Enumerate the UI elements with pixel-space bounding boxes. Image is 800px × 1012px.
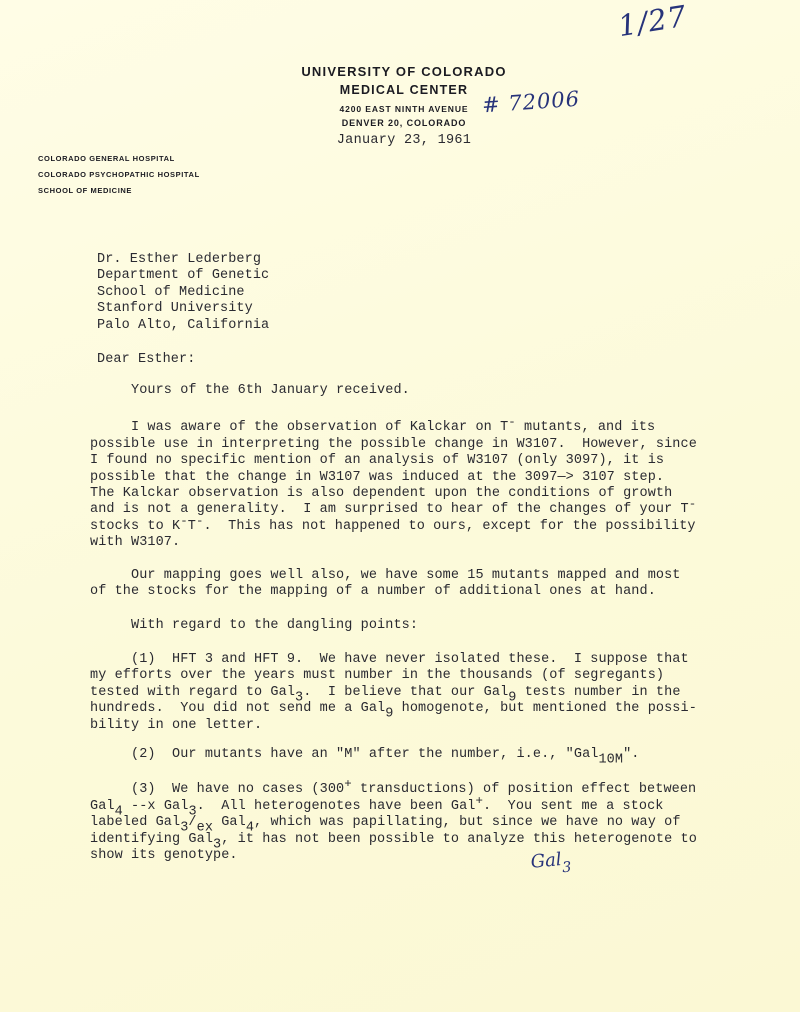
text-line: Our mapping goes well also, we have some… xyxy=(90,568,730,584)
text-line: With regard to the dangling points: xyxy=(90,618,730,634)
text-line: I was aware of the observation of Kalcka… xyxy=(90,420,730,436)
letterhead-university: UNIVERSITY OF COLORADO xyxy=(4,64,800,79)
text-line: labeled Gal3/ex Gal4, which was papillat… xyxy=(90,815,730,831)
letter-date: January 23, 1961 xyxy=(4,133,800,148)
text-line: I found no specific mention of an analys… xyxy=(90,453,730,469)
text-line: tested with regard to Gal3. I believe th… xyxy=(90,685,730,701)
letterhead-medical-center: MEDICAL CENTER xyxy=(4,83,800,97)
text-line: SCHOOL OF MEDICINE xyxy=(38,183,200,199)
letterhead-street-address: 4200 EAST NINTH AVENUE xyxy=(4,104,800,114)
text-line: possible that the change in W3107 was in… xyxy=(90,470,730,486)
text-line: of the stocks for the mapping of a numbe… xyxy=(90,584,730,600)
text-line: hundreds. You did not send me a Gal9 hom… xyxy=(90,701,730,717)
text-line: possible use in interpreting the possibl… xyxy=(90,437,730,453)
text-line: Yours of the 6th January received. xyxy=(90,383,730,399)
paragraph-point-1: (1) HFT 3 and HFT 9. We have never isola… xyxy=(90,652,730,734)
text-line: (3) We have no cases (300+ transductions… xyxy=(90,782,730,798)
handwritten-corner-date: 1/27 xyxy=(616,0,690,43)
paragraph-mapping: Our mapping goes well also, we have some… xyxy=(90,568,730,601)
text-line: COLORADO GENERAL HOSPITAL xyxy=(38,151,200,167)
text-line: (2) Our mutants have an "M" after the nu… xyxy=(90,747,730,763)
paragraph-intro: Yours of the 6th January received. xyxy=(90,383,730,399)
text-line: stocks to K-T-. This has not happened to… xyxy=(90,519,730,535)
text-line: Department of Genetic xyxy=(97,268,269,284)
letter-page: 1/27 UNIVERSITY OF COLORADO MEDICAL CENT… xyxy=(0,0,800,1012)
text-line: (1) HFT 3 and HFT 9. We have never isola… xyxy=(90,652,730,668)
text-line: Palo Alto, California xyxy=(97,318,269,334)
text-line: Stanford University xyxy=(97,301,269,317)
paragraph-point-2: (2) Our mutants have an "M" after the nu… xyxy=(90,747,730,763)
text-line: COLORADO PSYCHOPATHIC HOSPITAL xyxy=(38,167,200,183)
text-line: The Kalckar observation is also dependen… xyxy=(90,486,730,502)
letter-body: Yours of the 6th January received. I was… xyxy=(90,383,730,864)
paragraph-dangling-points: With regard to the dangling points: xyxy=(90,618,730,634)
salutation: Dear Esther: xyxy=(97,352,195,368)
text-line: my efforts over the years must number in… xyxy=(90,668,730,684)
text-line: show its genotype. xyxy=(90,848,730,864)
text-line: Gal4 --x Gal3. All heterogenotes have be… xyxy=(90,799,730,815)
letterhead: UNIVERSITY OF COLORADO MEDICAL CENTER 42… xyxy=(4,64,800,148)
text-line: identifying Gal3, it has not been possib… xyxy=(90,832,730,848)
recipient-address-block: Dr. Esther LederbergDepartment of Geneti… xyxy=(97,252,269,334)
text-line: School of Medicine xyxy=(97,285,269,301)
text-line: bility in one letter. xyxy=(90,718,730,734)
handwritten-gal3-note: Gal3 xyxy=(530,848,572,879)
paragraph-point-3: (3) We have no cases (300+ transductions… xyxy=(90,782,730,864)
paragraph-kalckar: I was aware of the observation of Kalcka… xyxy=(90,420,730,551)
letterhead-office-list: COLORADO GENERAL HOSPITALCOLORADO PSYCHO… xyxy=(38,151,200,199)
gal-note-text: Gal xyxy=(530,849,563,873)
letterhead-city-address: DENVER 20, COLORADO xyxy=(4,118,800,128)
text-line: with W3107. xyxy=(90,535,730,551)
text-line: Dr. Esther Lederberg xyxy=(97,252,269,268)
gal-note-subscript: 3 xyxy=(562,859,573,876)
